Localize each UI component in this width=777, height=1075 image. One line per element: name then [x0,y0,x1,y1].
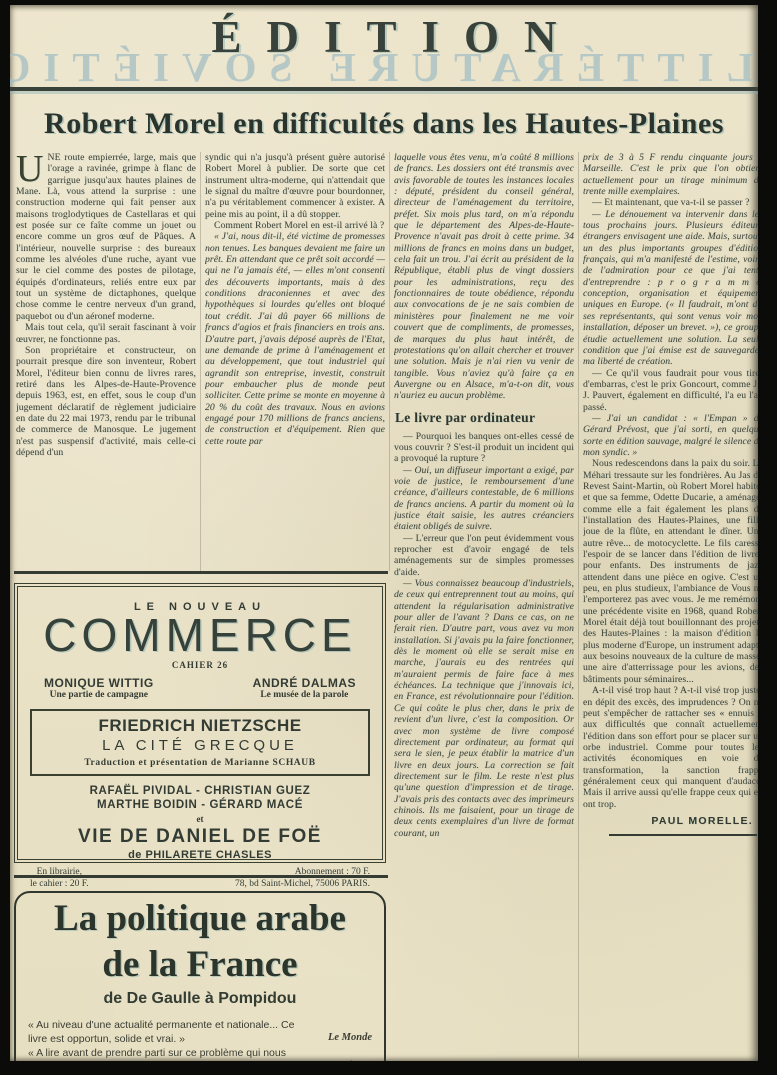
article-column-3: laquelle vous êtes venu, m'a coûté 8 mil… [394,152,574,1060]
commerce-cahier: CAHIER 26 [18,660,382,670]
article-paragraph: — Vous connaissez beaucoup d'industriels… [394,578,574,839]
commerce-authors-list: RAFAËL PIVIDAL - CHRISTIAN GUEZ MARTHE B… [18,784,382,812]
commerce-footer-left: En librairie, le cahier : 20 F. [30,867,89,890]
article-paragraph: — Pourquoi les banques ont-elles cessé d… [394,431,574,465]
commerce-ad-inner: LE NOUVEAU COMMERCE CAHIER 26 MONIQUE WI… [17,586,383,860]
quote-line: livre est opportun, solide et vrai. » [28,1032,185,1046]
article-paragraph: prix de 3 à 5 F rendu cinquante jours à … [583,152,758,197]
article-paragraph: syndic qui n'a jusqu'à présent guère aut… [205,152,385,220]
newspaper-scan: { "colors": { "paper": "#eae2c8", "ink":… [0,0,777,1075]
authors-line: RAFAËL PIVIDAL - CHRISTIAN GUEZ [18,784,382,798]
article-paragraph: — Oui, un diffuseur important a exigé, p… [394,465,574,533]
article-paragraph: A-t-il visé trop haut ? A-t-il visé trop… [583,685,758,810]
quote-line: concerne tous. » [28,1060,106,1061]
article-paragraph: « J'ai, nous dit-il, été victime de prom… [205,231,385,447]
article-column-2: syndic qui n'a jusqu'à présent guère aut… [205,152,385,571]
article-column-1: UNE route empierrée, large, mais que l'o… [16,152,196,571]
commerce-et: et [18,814,382,824]
author-name: ANDRÉ DALMAS [253,676,356,690]
quote-line-with-source: concerne tous. » Le Figaro [28,1060,372,1061]
politique-ad: La politique arabe de la France de De Ga… [14,891,386,1061]
section-title: ÉDITION [10,11,758,63]
quote-source: Le Monde [328,1032,372,1046]
article-paragraph: Son propriétaire et constructeur, on pou… [16,345,196,458]
feature-author: FRIEDRICH NIETZSCHE [34,716,366,736]
politique-subtitle: de De Gaulle à Pompidou [16,990,384,1008]
commerce-book-author: de PHILARETE CHASLES [18,849,382,861]
commerce-author-left: MONIQUE WITTIG Une partie de campagne [44,676,154,700]
politique-title-line2: de la France [16,945,384,985]
commerce-title: COMMERCE [18,613,382,657]
article-paragraph: Comment Robert Morel en est-il arrivé là… [205,220,385,231]
commerce-book-title: VIE DE DANIEL DE FOË [18,826,382,848]
column-separator [389,152,390,571]
footer-line: le cahier : 20 F. [30,879,89,891]
article-paragraph: — L'erreur que l'on peut évidemment vous… [394,533,574,578]
article-paragraph: laquelle vous êtes venu, m'a coûté 8 mil… [394,152,574,402]
article-headline: Robert Morel en difficultés dans les Hau… [10,107,758,141]
politique-quotes: « Au niveau d'une actualité permanente e… [28,1018,372,1061]
commerce-footer-right: Abonnement : 70 F. 78, bd Saint-Michel, … [235,867,370,890]
column-separator [200,152,201,571]
quote-line: « A lire avant de prendre parti sur ce p… [28,1046,372,1060]
author-work: Le musée de la parole [253,690,356,700]
drop-cap: U [16,152,48,184]
article-paragraph: — Le dénouement va intervenir dans les t… [583,209,758,368]
press-quote: « A lire avant de prendre parti sur ce p… [28,1046,372,1061]
ad-top-rule [14,571,388,574]
commerce-ad: LE NOUVEAU COMMERCE CAHIER 26 MONIQUE WI… [14,583,386,863]
article-subhead: Le livre par ordinateur [395,410,574,426]
article-end-rule [609,834,757,836]
quote-source: Le Figaro [329,1060,372,1061]
article-paragraph: Nous redescendons dans la paix du soir. … [583,458,758,685]
authors-line: MARTHE BOIDIN - GÉRARD MACÉ [18,798,382,812]
article-column-4: prix de 3 à 5 F rendu cinquante jours à … [583,152,758,1060]
commerce-authors-row: MONIQUE WITTIG Une partie de campagne AN… [18,670,382,700]
header-rule [10,87,758,91]
article-byline: PAUL MORELLE. [583,815,758,827]
newspaper-page: LITTÉRATURE SOVIÉTIQUE ÉDITION Robert Mo… [10,5,758,1061]
article-paragraph: UNE route empierrée, large, mais que l'o… [16,152,196,322]
feature-credit: Traduction et présentation de Marianne S… [34,758,366,768]
feature-title: LA CITÉ GRECQUE [34,737,366,754]
quote-line: « Au niveau d'une actualité permanente e… [28,1018,372,1032]
politique-title-line1: La politique arabe [16,899,384,939]
author-work: Une partie de campagne [44,690,154,700]
quote-line-with-source: livre est opportun, solide et vrai. » Le… [28,1032,372,1046]
press-quote: « Au niveau d'une actualité permanente e… [28,1018,372,1046]
article-paragraph: — Ce qu'il vous faudrait pour vous tirer… [583,368,758,413]
commerce-feature-box: FRIEDRICH NIETZSCHE LA CITÉ GRECQUE Trad… [30,709,370,776]
article-paragraph: — J'ai un candidat : « l'Empan » de Géra… [583,413,758,458]
author-name: MONIQUE WITTIG [44,676,154,690]
ad-separator-rule [14,875,388,878]
article-paragraph: Mais tout cela, qu'il serait fascinant à… [16,322,196,345]
column-separator [578,152,579,1058]
article-paragraph: — Et maintenant, que va-t-il se passer ? [583,197,758,208]
commerce-author-right: ANDRÉ DALMAS Le musée de la parole [253,676,356,700]
footer-line: 78, bd Saint-Michel, 75006 PARIS. [235,879,370,891]
